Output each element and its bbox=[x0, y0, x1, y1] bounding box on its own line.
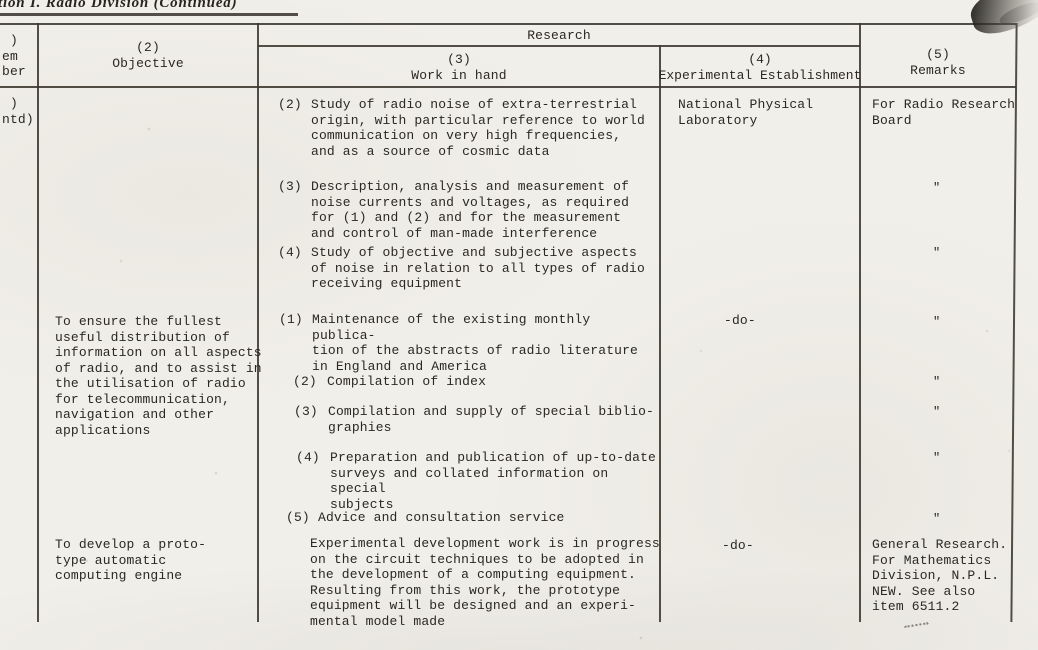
header-col4-experimental-establishment: (4) Experimental Establishment bbox=[650, 52, 870, 83]
row2-item5-text: Advice and consultation service bbox=[318, 510, 648, 526]
col4-right-rule bbox=[859, 23, 861, 622]
header-bottom-rule bbox=[0, 86, 1016, 88]
row3-objective: To develop a proto- type automatic compu… bbox=[55, 537, 255, 584]
row3-work-paragraph: Experimental development work is in prog… bbox=[310, 536, 670, 629]
row1-item4-number: (4) bbox=[278, 245, 302, 261]
row2-item3-number: (3) bbox=[294, 404, 318, 420]
row1-item3-text: Description, analysis and measurement of… bbox=[311, 179, 659, 241]
remarks-ditto-mark: " bbox=[933, 375, 940, 391]
row2-item3-text: Compilation and supply of special biblio… bbox=[328, 404, 658, 435]
page-title: Section I. Radio Division (Continued) bbox=[0, 0, 237, 12]
title-underline bbox=[0, 13, 298, 16]
row2-item2-number: (2) bbox=[293, 374, 317, 390]
row3-establishment-do: -do- bbox=[722, 538, 754, 554]
row2-establishment-do: -do- bbox=[724, 313, 756, 329]
remarks-ditto-mark: " bbox=[933, 405, 940, 421]
row2-objective: To ensure the fullest useful distributio… bbox=[55, 314, 265, 438]
row1-remarks: For Radio Research Board bbox=[872, 97, 1022, 128]
row2-item4-number: (4) bbox=[296, 450, 320, 466]
header-research-label: Research bbox=[258, 28, 860, 44]
header-col2-objective: (2) Objective bbox=[38, 40, 258, 71]
remarks-ditto-mark: " bbox=[933, 181, 940, 197]
header-col3-work-in-hand: (3) Work in hand bbox=[258, 52, 660, 83]
scanned-document-page: Section I. Radio Division (Continued) ) … bbox=[0, 0, 1038, 650]
research-divider-rule bbox=[258, 45, 860, 47]
remarks-ditto-mark: " bbox=[933, 315, 940, 331]
row2-item5-number: (5) bbox=[286, 510, 310, 526]
row1-item3-number: (3) bbox=[278, 179, 302, 195]
remarks-ditto-mark: " bbox=[933, 246, 940, 262]
header-col1-fragment: ) em ber bbox=[2, 33, 26, 80]
header-col5-remarks: (5) Remarks bbox=[860, 47, 1016, 78]
table-top-rule bbox=[0, 23, 1016, 25]
remarks-ditto-mark: " bbox=[933, 451, 940, 467]
row2-item2-text: Compilation of index bbox=[327, 374, 657, 390]
row2-item1-text: Maintenance of the existing monthly publ… bbox=[312, 312, 660, 374]
row1-item2-number: (2) bbox=[278, 97, 302, 113]
ink-smudge bbox=[904, 622, 929, 635]
col1-right-rule bbox=[37, 23, 39, 622]
row1-item4-text: Study of objective and subjective aspect… bbox=[311, 245, 659, 292]
row2-item1-number: (1) bbox=[279, 312, 303, 328]
remarks-ditto-mark: " bbox=[933, 512, 940, 528]
row3-remarks: General Research. For Mathematics Divisi… bbox=[872, 537, 1022, 615]
scan-noise-specks bbox=[0, 0, 2, 2]
row2-item4-text: Preparation and publication of up-to-dat… bbox=[330, 450, 665, 512]
row1-item2-text: Study of radio noise of extra-terrestria… bbox=[311, 97, 659, 159]
item-number-fragment: ) ntd) bbox=[2, 96, 34, 127]
row1-establishment: National Physical Laboratory bbox=[678, 97, 858, 128]
